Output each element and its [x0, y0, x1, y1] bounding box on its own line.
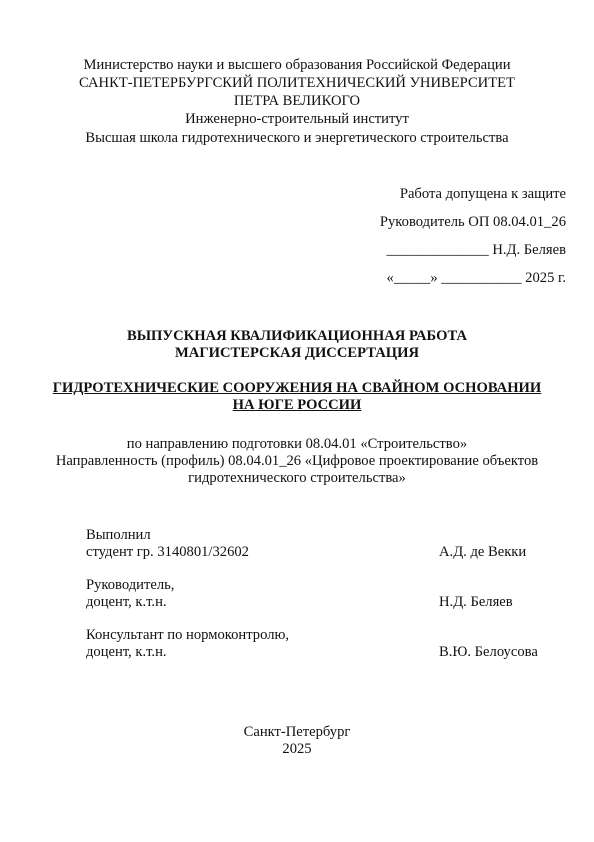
city: Санкт-Петербург: [0, 724, 594, 741]
thesis-topic-line2: НА ЮГЕ РОССИИ: [0, 397, 594, 414]
university-name-line2: ПЕТРА ВЕЛИКОГО: [0, 93, 594, 110]
approval-supervisor-title: Руководитель ОП 08.04.01_26: [380, 214, 566, 231]
signature-role-detail: доцент, к.т.н.: [86, 644, 167, 661]
study-profile-line2: гидротехнического строительства»: [0, 470, 594, 487]
study-profile-line1: Направленность (профиль) 08.04.01_26 «Ци…: [0, 453, 594, 470]
university-name-line1: САНКТ-ПЕТЕРБУРГСКИЙ ПОЛИТЕХНИЧЕСКИЙ УНИВ…: [0, 75, 594, 92]
signature-name: В.Ю. Белоусова: [439, 644, 538, 661]
signature-role: Руководитель,: [86, 577, 174, 594]
ministry-name: Министерство науки и высшего образования…: [0, 57, 594, 74]
degree-type: МАГИСТЕРСКАЯ ДИССЕРТАЦИЯ: [0, 345, 594, 362]
study-direction: по направлению подготовки 08.04.01 «Стро…: [0, 436, 594, 453]
work-type: ВЫПУСКНАЯ КВАЛИФИКАЦИОННАЯ РАБОТА: [0, 328, 594, 345]
thesis-topic-line1: ГИДРОТЕХНИЧЕСКИЕ СООРУЖЕНИЯ НА СВАЙНОМ О…: [0, 380, 594, 397]
signature-name: А.Д. де Векки: [439, 544, 526, 561]
signature-name: Н.Д. Беляев: [439, 594, 513, 611]
signature-role: Консультант по нормоконтролю,: [86, 627, 289, 644]
approval-admitted: Работа допущена к защите: [400, 186, 566, 203]
approval-signature-line: ______________ Н.Д. Беляев: [387, 242, 566, 259]
signature-role-detail: доцент, к.т.н.: [86, 594, 167, 611]
year: 2025: [0, 741, 594, 758]
institute-name: Инженерно-строительный институт: [0, 111, 594, 128]
approval-date-line: «_____» ___________ 2025 г.: [387, 270, 566, 287]
signature-role: Выполнил: [86, 527, 151, 544]
signature-role-detail: студент гр. 3140801/32602: [86, 544, 249, 561]
school-name: Высшая школа гидротехнического и энергет…: [0, 130, 594, 147]
